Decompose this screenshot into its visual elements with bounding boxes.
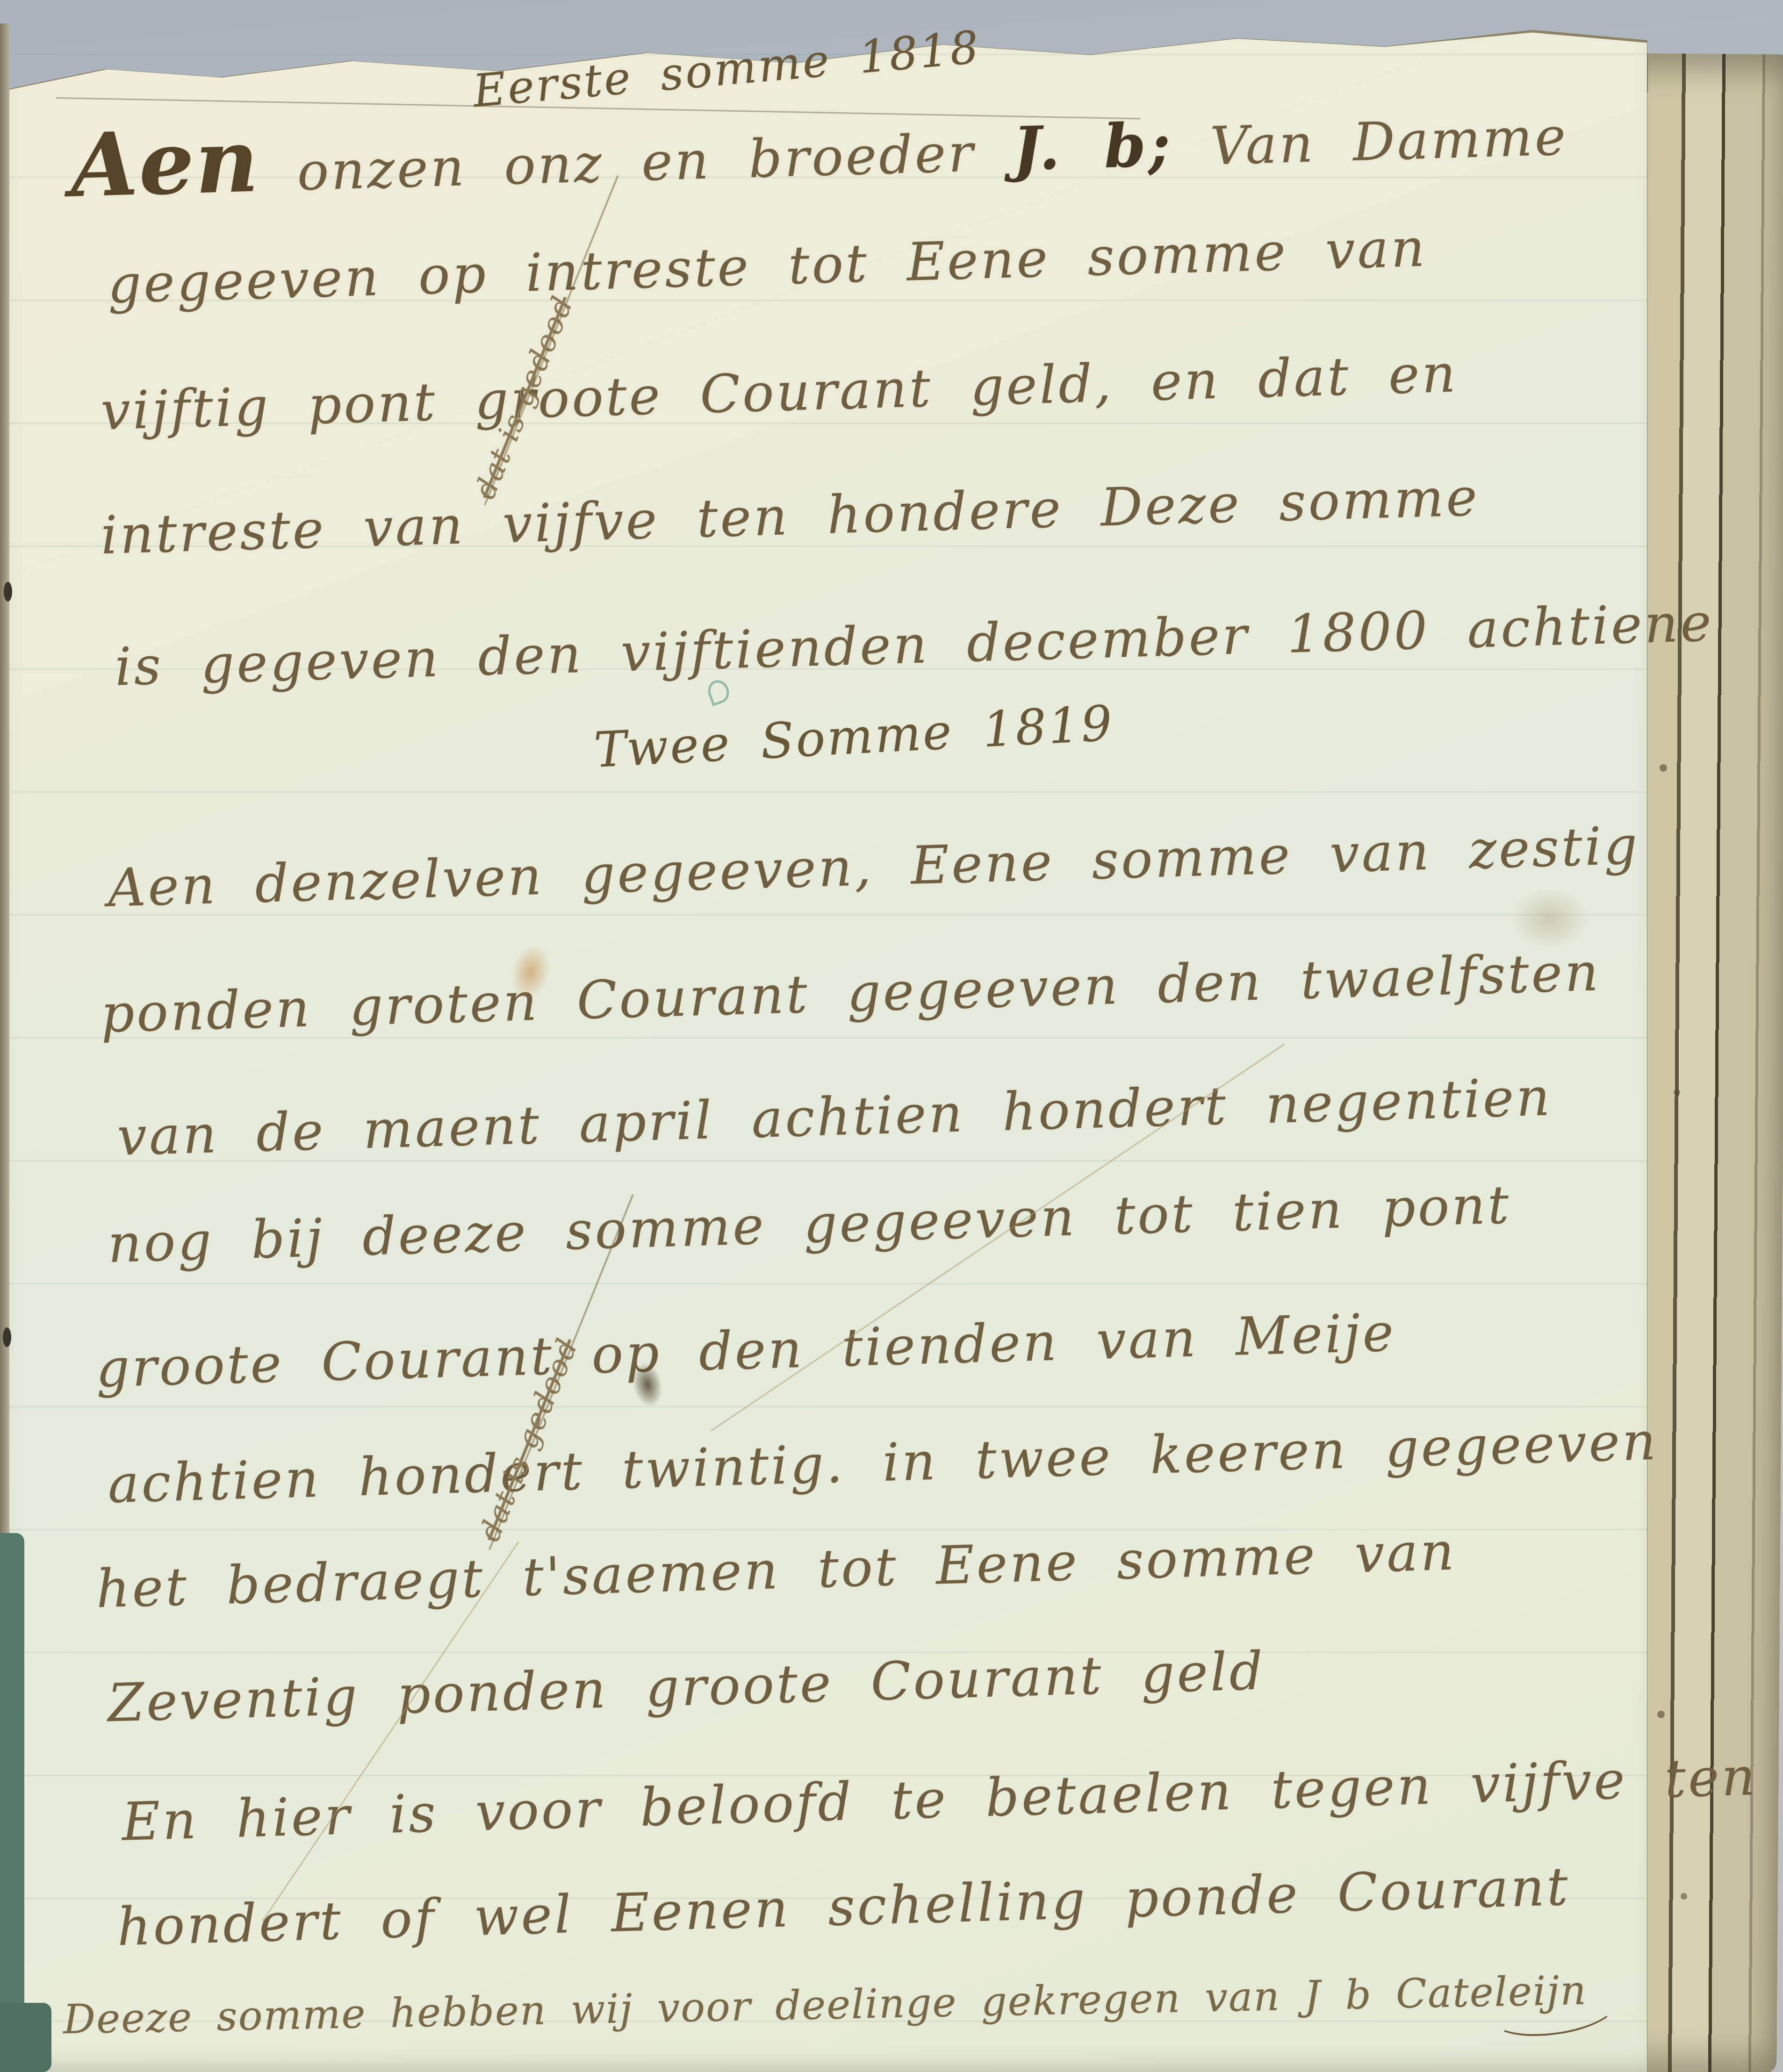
drop-capital: Aen <box>69 109 261 216</box>
debtor-initials: J. b; <box>1012 110 1174 184</box>
cover-edge-sliver <box>0 1533 24 2072</box>
line1-text: onzen onz en broeder <box>296 123 976 202</box>
debtor-name: Van Damme <box>1209 106 1569 177</box>
cover-corner <box>0 2003 51 2072</box>
stitch-hole <box>4 582 12 602</box>
scanned-manuscript-page: Eerste somme 1818 Aen onzen onz en broed… <box>0 0 1783 2072</box>
stitch-hole <box>3 1327 11 1347</box>
